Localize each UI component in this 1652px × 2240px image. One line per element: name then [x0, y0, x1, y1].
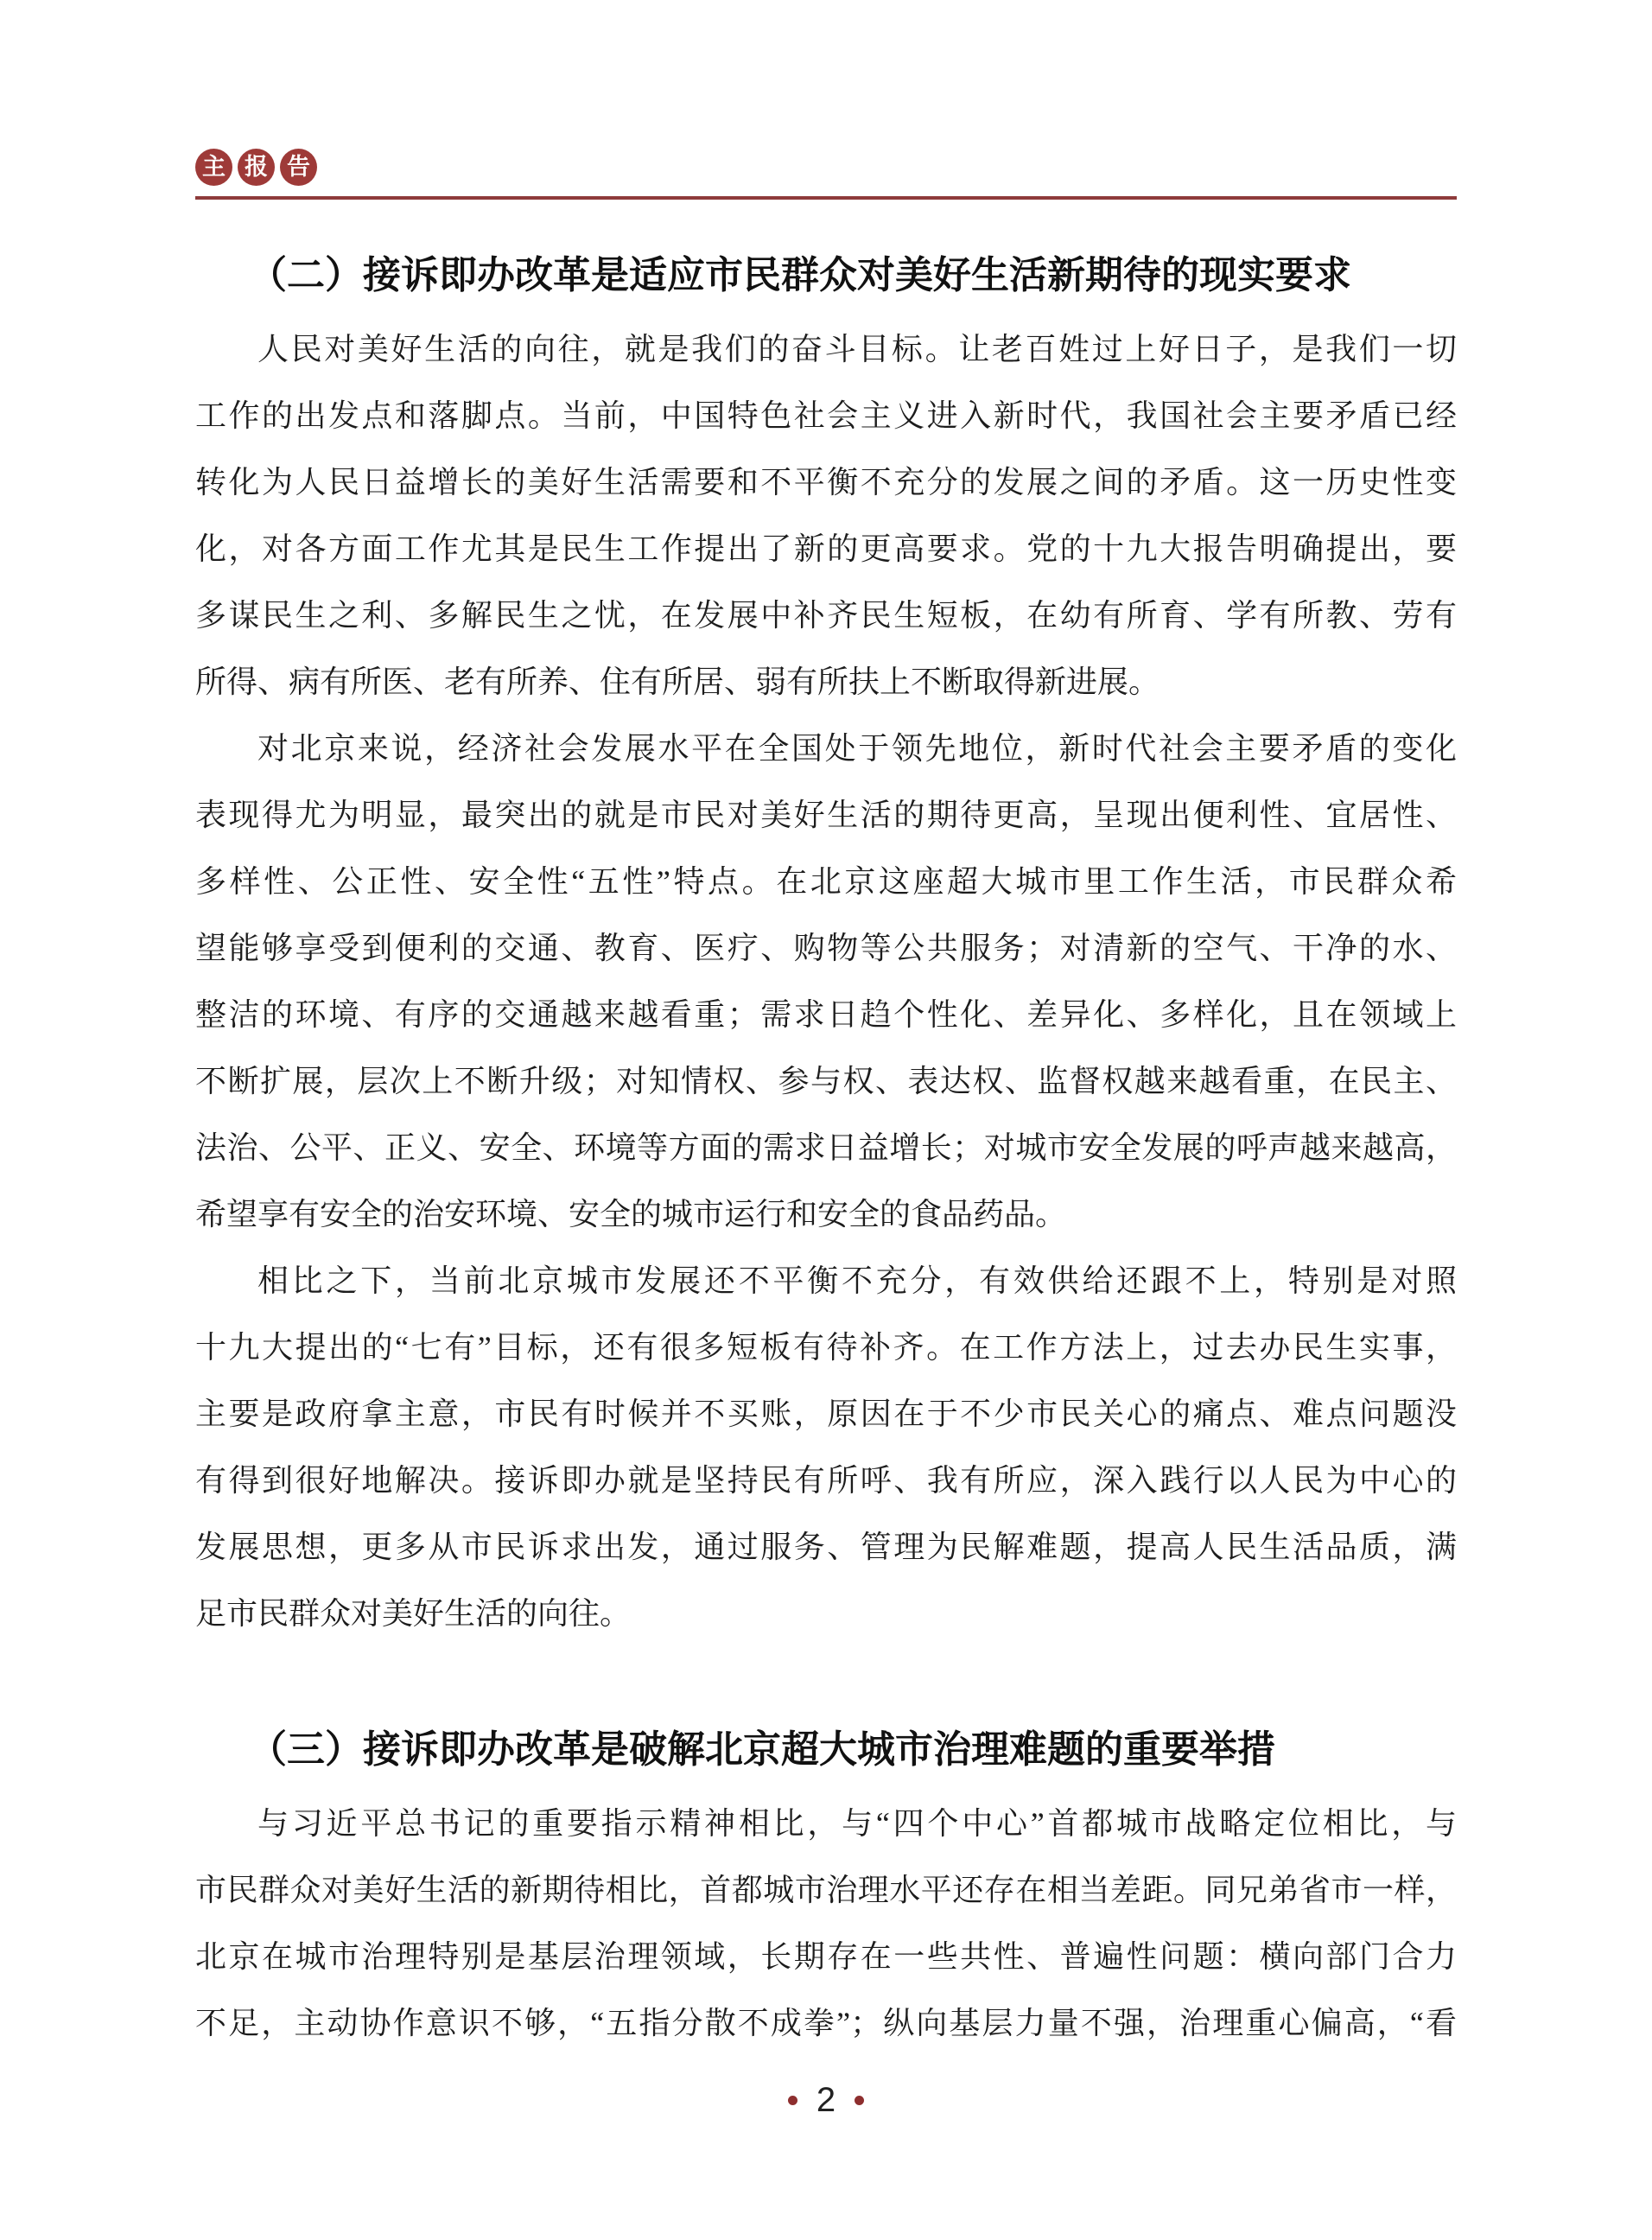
header-rule: [195, 196, 1457, 200]
paragraph-line: 多样性、公正性、安全性“五性”特点。在北京这座超大城市里工作生活，市民群众希: [195, 849, 1457, 915]
section-heading: （三）接诉即办改革是破解北京超大城市治理难题的重要举措: [249, 1720, 1457, 1780]
paragraph-line: 主要是政府拿主意，市民有时候并不买账，原因在于不少市民关心的痛点、难点问题没: [195, 1381, 1457, 1448]
report-logo: 主 报 告: [195, 149, 1457, 186]
paragraph-line: 望能够享受到便利的交通、教育、医疗、购物等公共服务；对清新的空气、干净的水、: [195, 915, 1457, 982]
paragraph-line: 有得到很好地解决。接诉即办就是坚持民有所呼、我有所应，深入践行以人民为中心的: [195, 1448, 1457, 1514]
paragraph-line: 所得、病有所医、老有所养、住有所居、弱有所扶上不断取得新进展。: [195, 649, 1457, 716]
paragraph-line: 十九大提出的“七有”目标，还有很多短板有待补齐。在工作方法上，过去办民生实事，: [195, 1314, 1457, 1381]
paragraph-line: 化，对各方面工作尤其是民生工作提出了新的更高要求。党的十九大报告明确提出，要: [195, 516, 1457, 582]
paragraph-line: 希望享有安全的治安环境、安全的城市运行和安全的食品药品。: [195, 1181, 1457, 1248]
paragraph: 相比之下，当前北京城市发展还不平衡不充分，有效供给还跟不上，特别是对照十九大提出…: [195, 1248, 1457, 1647]
paragraph-line: 与习近平总书记的重要指示精神相比，与“四个中心”首都城市战略定位相比，与: [195, 1791, 1457, 1857]
document-content: （二）接诉即办改革是适应市民群众对美好生活新期待的现实要求人民对美好生活的向往，…: [195, 200, 1457, 2057]
paragraph-line: 法治、公平、正义、安全、环境等方面的需求日益增长；对城市安全发展的呼声越来越高，: [195, 1115, 1457, 1181]
logo-circle-3: 告: [280, 149, 317, 186]
logo-character: 主: [202, 156, 226, 179]
paragraph-line: 不断扩展，层次上不断升级；对知情权、参与权、表达权、监督权越来越看重，在民主、: [195, 1048, 1457, 1115]
paragraph-line: 北京在城市治理特别是基层治理领域，长期存在一些共性、普遍性问题：横向部门合力: [195, 1924, 1457, 1990]
paragraph-line: 发展思想，更多从市民诉求出发，通过服务、管理为民解难题，提高人民生活品质，满: [195, 1514, 1457, 1581]
logo-circle-1: 主: [195, 149, 232, 186]
logo-character: 报: [245, 156, 268, 179]
paragraph-line: 转化为人民日益增长的美好生活需要和不平衡不充分的发展之间的矛盾。这一历史性变: [195, 449, 1457, 516]
page-footer: 2: [0, 2081, 1652, 2119]
paragraph-line: 人民对美好生活的向往，就是我们的奋斗目标。让老百姓过上好日子，是我们一切: [195, 316, 1457, 383]
page-number: 2: [816, 2081, 836, 2119]
paragraph-line: 市民群众对美好生活的新期待相比，首都城市治理水平还存在相当差距。同兄弟省市一样，: [195, 1857, 1457, 1924]
document-page: 主 报 告 （二）接诉即办改革是适应市民群众对美好生活新期待的现实要求人民对美好…: [0, 0, 1652, 2240]
footer-dot-left: [788, 2096, 797, 2105]
section-heading: （二）接诉即办改革是适应市民群众对美好生活新期待的现实要求: [249, 245, 1457, 306]
paragraph-line: 对北京来说，经济社会发展水平在全国处于领先地位，新时代社会主要矛盾的变化: [195, 716, 1457, 782]
paragraph-line: 足市民群众对美好生活的向往。: [195, 1581, 1457, 1647]
report-header: 主 报 告: [195, 149, 1457, 200]
logo-circle-2: 报: [238, 149, 275, 186]
logo-character: 告: [287, 156, 310, 179]
paragraph-line: 表现得尤为明显，最突出的就是市民对美好生活的期待更高，呈现出便利性、宜居性、: [195, 782, 1457, 849]
paragraph-line: 整洁的环境、有序的交通越来越看重；需求日趋个性化、差异化、多样化，且在领域上: [195, 982, 1457, 1048]
paragraph: 人民对美好生活的向往，就是我们的奋斗目标。让老百姓过上好日子，是我们一切工作的出…: [195, 316, 1457, 716]
paragraph: 与习近平总书记的重要指示精神相比，与“四个中心”首都城市战略定位相比，与市民群众…: [195, 1791, 1457, 2057]
paragraph: 对北京来说，经济社会发展水平在全国处于领先地位，新时代社会主要矛盾的变化表现得尤…: [195, 716, 1457, 1248]
footer-dot-right: [855, 2096, 864, 2105]
paragraph-line: 相比之下，当前北京城市发展还不平衡不充分，有效供给还跟不上，特别是对照: [195, 1248, 1457, 1314]
paragraph-line: 不足，主动协作意识不够，“五指分散不成拳”；纵向基层力量不强，治理重心偏高，“看: [195, 1990, 1457, 2057]
paragraph-line: 工作的出发点和落脚点。当前，中国特色社会主义进入新时代，我国社会主要矛盾已经: [195, 383, 1457, 449]
paragraph-line: 多谋民生之利、多解民生之忧，在发展中补齐民生短板，在幼有所育、学有所教、劳有: [195, 582, 1457, 649]
